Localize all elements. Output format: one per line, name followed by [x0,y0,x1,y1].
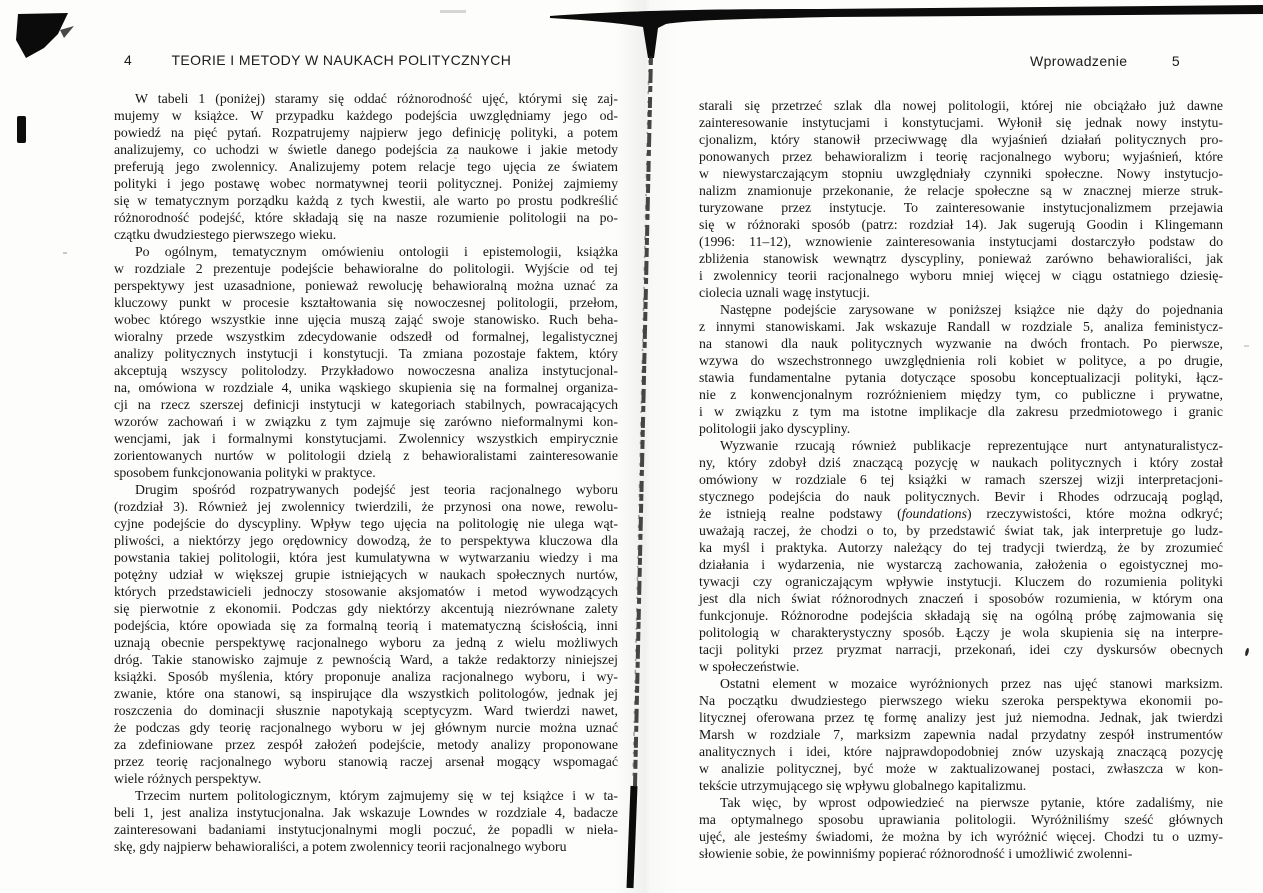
text-line: ujęć, ale jesteśmy świadomi, że można by… [699,828,1223,845]
text-line: zbliżenia stanowisk wewnątrz dyscypliny,… [699,250,1223,267]
text-line: (rozdział 3). Również jej zwolennicy twi… [114,498,618,515]
text-line: analitycznych i idei, które najprawdopod… [699,743,1223,760]
text-line: w analizie politycznej, być może w zaktu… [699,760,1223,777]
text-line: w niewystarczającym stopniu uwzględniały… [699,165,1223,182]
text-line: tacji polityki przez pryzmat narracji, p… [699,641,1223,658]
paragraph: starali się przetrzeć szlak dla nowej po… [699,97,1223,301]
text-line: się w tematycznym porządku każdą z tych … [114,192,618,209]
right-body-text-column: starali się przetrzeć szlak dla nowej po… [699,97,1223,862]
text-line: jest dla nich świat różnorodnych znaczeń… [699,590,1223,607]
text-line: turyzowane przez instytucje. To zaintere… [699,199,1223,216]
text-line: wiele różnych perspektyw. [114,770,618,787]
text-line: podejścia, które opowiada się za formaln… [114,617,618,634]
text-line: cyjne podejście do dyscypliny. Wpływ teg… [114,515,618,532]
text-line: politologii jako dyscypliny. [699,420,1223,437]
text-line: Tak więc, by wprost odpowiedzieć na pier… [699,794,1223,811]
paragraph: Drugim spośród rozpatrywanych podejść je… [114,481,618,787]
text-line: Ostatni element w mozaice wyróżnionych p… [699,675,1223,692]
text-line: kluczowy punkt w procesie kształtowania … [114,294,618,311]
paragraph: Tak więc, by wprost odpowiedzieć na pier… [699,794,1223,862]
text-line: książki. Sposób myślenia, który proponuj… [114,668,618,685]
text-line: wobec którego wszystkie inne ujęcia musz… [114,311,618,328]
text-line: Następne podejście zarysowane w poniższe… [699,301,1223,318]
text-line: wencjami, jak i formalnymi konstytucjami… [114,430,618,447]
text-line: powstania takiej politologii, która jest… [114,549,618,566]
text-line: Drugim spośród rozpatrywanych podejść je… [114,481,618,498]
text-line: ka myśl i praktyka. Autorzy należący do … [699,539,1223,556]
text-line: Po ogólnym, tematycznym omówieniu ontolo… [114,243,618,260]
text-line: funkcjonuje. Różnorodne podejścia składa… [699,607,1223,624]
text-line: cjonalizm, który stanowił przeciwwagę dl… [699,131,1223,148]
text-line: sposobem funkcjonowania polityki w prakt… [114,464,618,481]
stray-speck [63,252,67,254]
text-line: ny, który zdobył dziś znaczącą pozycję w… [699,454,1223,471]
text-line: beli 1, jest analiza instytucjonalna. Ja… [114,804,618,821]
stray-ink-mark [1244,648,1249,657]
paragraph: Trzecim nurtem politologicznym, którym z… [114,787,618,855]
right-page-header: Wprowadzenie 5 [1030,53,1180,69]
text-line: ciolecia uznali wagę instytucji. [699,284,1223,301]
spine-shadow-speckle [633,60,649,780]
text-line: i zwolennicy teorii racjonalnego wyboru … [699,267,1223,284]
page-number: 4 [124,52,132,68]
text-line: różnorodność podejść, które składają się… [114,209,618,226]
text-line: politologią w charakterystyczny sposób. … [699,624,1223,641]
stray-speck [1244,345,1249,347]
spine-shadow-bottom [630,786,634,888]
text-line: wzorów zachowań i w związku z tym zajmuj… [114,413,618,430]
text-line: Wyzwanie rzucają również publikacje repr… [699,437,1223,454]
text-line: się w różnoraki sposób (patrz: rozdział … [699,216,1223,233]
text-line: analizy politycznych instytucji i konsty… [114,345,618,362]
text-line: mujemy w książce. W przypadku każdego po… [114,107,618,124]
text-line: potężny udział w większej grupie istniej… [114,566,618,583]
text-line: uznają obecnie perspektywę racjonalnego … [114,634,618,651]
text-line: W tabeli 1 (poniżej) staramy się oddać r… [114,90,618,107]
text-line: cji na rzecz szerszej definicji instytuc… [114,396,618,413]
text-line: z innymi stanowiskami. Jak wskazuje Rand… [699,318,1223,335]
page-gutter-shadow [614,0,678,893]
text-line: wzywa do wszechstronnego uwzględnienia r… [699,352,1223,369]
text-line: których przedstawicieli jednoczy stosowa… [114,583,618,600]
text-line: słowienie sobie, że powinniśmy popierać … [699,845,1223,862]
text-line: pliwości, a niektórzy jego orędownicy do… [114,532,618,549]
text-line: polityki i jego postawę wobec normatywne… [114,175,618,192]
paragraph: Następne podejście zarysowane w poniższe… [699,301,1223,437]
text-line: nie z konwencjonalnym rozróżnieniem międ… [699,386,1223,403]
text-line: stawia fundamentalne pytania dotyczące s… [699,369,1223,386]
left-page-header: 4 TEORIE I METODY W NAUKACH POLITYCZNYCH [124,52,511,68]
text-line: zainteresowanie instytucjami i konstytuc… [699,114,1223,131]
paragraph: Po ogólnym, tematycznym omówieniu ontolo… [114,243,618,481]
spine-shadow [635,56,651,786]
text-line: na stanowi dla nauk politycznych wyzwani… [699,335,1223,352]
text-line: Marsh w rozdziale 7, marksizm zapewnia n… [699,726,1223,743]
text-line: działania i wydarzenia, nie wystarczą za… [699,556,1223,573]
text-line: dróg. Takie stanowisko zajmuje z pewnośc… [114,651,618,668]
text-line: zainteresowani badaniami instytucjonalny… [114,821,618,838]
margin-smudge-mark [17,116,26,143]
left-body-text-column: W tabeli 1 (poniżej) staramy się oddać r… [114,90,618,855]
text-line: Na początku dwudziestego pierwszego wiek… [699,692,1223,709]
text-line: ma optymalnego sposobu uprawiania polito… [699,811,1223,828]
top-edge-faint-dash [440,10,466,13]
text-line: tywacji czy ograniczającym wpływie insty… [699,573,1223,590]
text-line: analizujemy, co uchodzi w świetle danego… [114,141,618,158]
running-head: TEORIE I METODY W NAUKACH POLITYCZNYCH [171,52,511,68]
text-line: że podczas gdy teorię racjonalnego wybor… [114,719,618,736]
text-line: stycznego podejścia do nauk politycznych… [699,488,1223,505]
text-line: (1996: 11–12), wznowienie zainteresowani… [699,233,1223,250]
text-line: perspektywy jest uzasadnione, ponieważ r… [114,277,618,294]
text-line: się pierwotnie z ekonomii. Podczas gdy n… [114,600,618,617]
running-head: Wprowadzenie [1030,53,1127,69]
text-line: w rozdziale 2 prezentuje podejście behaw… [114,260,618,277]
text-line: że istnieją realne podstawy (foundations… [699,505,1223,522]
paragraph: Wyzwanie rzucają również publikacje repr… [699,437,1223,675]
top-edge-scan-bar [550,5,1263,58]
text-line: czątku dwudziestego pierwszego wieku. [114,226,618,243]
corner-fold-speck [60,26,74,38]
text-line: skę, gdy najpierw behawioraliści, a pote… [114,838,618,855]
text-line: starali się przetrzeć szlak dla nowej po… [699,97,1223,114]
text-line: ponowanych przez behawioralizm i teorię … [699,148,1223,165]
text-line: i w związku z tym ma istotne implikacje … [699,403,1223,420]
text-line: zorientowanych nurtów w politologii dzie… [114,447,618,464]
text-line: wioralny przede wszystkim zdecydowanie o… [114,328,618,345]
text-line: przez teorię racjonalnego wyboru stanowi… [114,753,618,770]
text-line: uważają raczej, że chodzi o to, by przed… [699,522,1223,539]
page-number: 5 [1172,53,1180,69]
text-line: roszczenia do dominacji słusznie napotyk… [114,702,618,719]
text-line: za zdefiniowane przez zespół założeń pod… [114,736,618,753]
text-line: preferują jego zwolennicy. Analizujemy p… [114,158,618,175]
text-line: na, omówiona w rozdziale 4, unika wąskie… [114,379,618,396]
text-line: akceptują wszyscy politolodzy. Przykłado… [114,362,618,379]
paragraph: Ostatni element w mozaice wyróżnionych p… [699,675,1223,794]
text-line: omówiony w rozdziale 6 tej książki w ram… [699,471,1223,488]
text-line: w społeczeństwie. [699,658,1223,675]
corner-fold-mark [16,13,68,58]
text-line: nalizm znamionuje przekonanie, że relacj… [699,182,1223,199]
text-line: Trzecim nurtem politologicznym, którym z… [114,787,618,804]
text-line: litycznej oferowana przez tę formę anali… [699,709,1223,726]
paragraph: W tabeli 1 (poniżej) staramy się oddać r… [114,90,618,243]
text-line: powiedź na pięć pytań. Rozpatrujemy najp… [114,124,618,141]
text-line: zwanie, które ona stanowi, są inspirując… [114,685,618,702]
book-spread: 4 TEORIE I METODY W NAUKACH POLITYCZNYCH… [0,0,1263,893]
text-line: tekście utrzymującego się wpływu globaln… [699,777,1223,794]
